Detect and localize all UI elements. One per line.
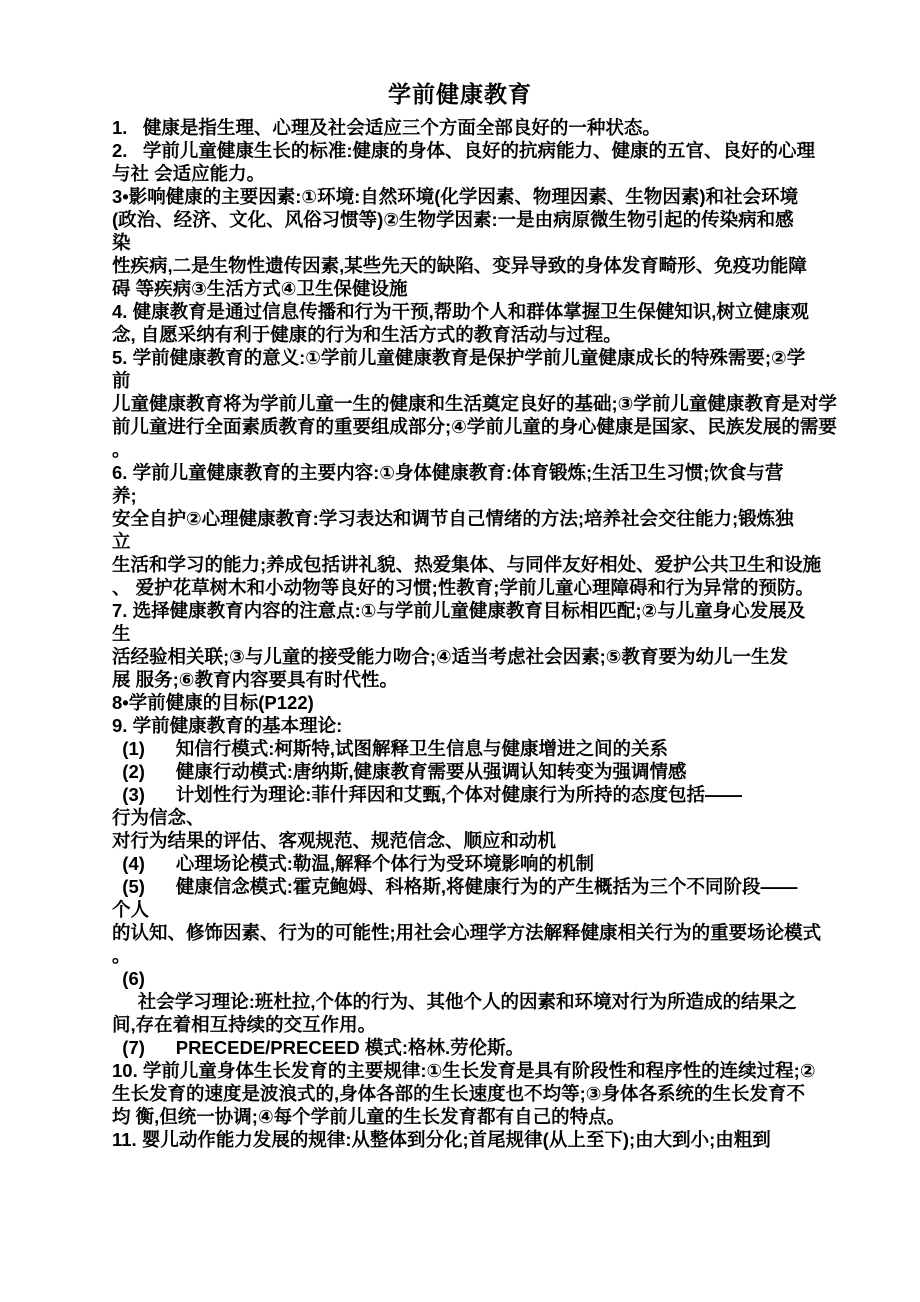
text-line: 个人	[112, 898, 858, 921]
text-line: 儿童健康教育将为学前儿童一生的健康和生活奠定良好的基础;③学前儿童健康教育是对学	[112, 392, 858, 415]
text-line: 均 衡,但统一协调;④每个学前儿童的生长发育都有自己的特点。	[112, 1105, 858, 1128]
text-line: 念, 自愿采纳有利于健康的行为和生活方式的教育活动与过程。	[112, 323, 858, 346]
text-line: (4) 心理场论模式:勒温,解释个体行为受环境影响的机制	[112, 852, 858, 875]
text-line: (3) 计划性行为理论:菲什拜因和艾甄,个体对健康行为所持的态度包括——	[112, 783, 858, 806]
text-line: (1) 知信行模式:柯斯特,试图解释卫生信息与健康增进之间的关系	[112, 737, 858, 760]
text-line: 行为信念、	[112, 806, 858, 829]
text-line: 的认知、修饰因素、行为的可能性;用社会心理学方法解释健康相关行为的重要场论模式	[112, 921, 858, 944]
text-line: 活经验相关联;③与儿童的接受能力吻合;④适当考虑社会因素;⑤教育要为幼儿一生发	[112, 645, 858, 668]
document-body: 1. 健康是指生理、心理及社会适应三个方面全部良好的一种状态。2. 学前儿童健康…	[112, 116, 858, 1151]
text-line: (6)	[112, 967, 858, 990]
text-line: 生活和学习的能力;养成包括讲礼貌、热爱集体、与同伴友好相处、爱护公共卫生和设施	[112, 553, 858, 576]
text-line: 5. 学前健康教育的意义:①学前儿童健康教育是保护学前儿童健康成长的特殊需要;②…	[112, 346, 858, 369]
text-line: 性疾病,二是生物性遗传因素,某些先天的缺陷、变异导致的身体发育畸形、免疫功能障	[112, 254, 858, 277]
text-line: (7) PRECEDE/PRECEED 模式:格林.劳伦斯。	[112, 1036, 858, 1059]
text-line: 、 爱护花草树木和小动物等良好的习惯;性教育;学前儿童心理障碍和行为异常的预防。	[112, 576, 858, 599]
text-line: 碍 等疾病③生活方式④卫生保健设施	[112, 277, 858, 300]
text-line: 前儿童进行全面素质教育的重要组成部分;④学前儿童的身心健康是国家、民族发展的需要	[112, 415, 858, 438]
text-line: 2. 学前儿童健康生长的标准:健康的身体、良好的抗病能力、健康的五官、良好的心理	[112, 139, 858, 162]
text-line: (2) 健康行动模式:唐纳斯,健康教育需要从强调认知转变为强调情感	[112, 760, 858, 783]
page-title: 学前健康教育	[0, 80, 920, 108]
text-line: 立	[112, 530, 858, 553]
text-line: 生	[112, 622, 858, 645]
text-line: 前	[112, 369, 858, 392]
text-line: 养;	[112, 484, 858, 507]
text-line: 1. 健康是指生理、心理及社会适应三个方面全部良好的一种状态。	[112, 116, 858, 139]
text-line: 。	[112, 944, 858, 967]
text-line: 4. 健康教育是通过信息传播和行为干预,帮助个人和群体掌握卫生保健知识,树立健康…	[112, 300, 858, 323]
text-line: 对行为结果的评估、客观规范、规范信念、顺应和动机	[112, 829, 858, 852]
text-line: (政治、经济、文化、风俗习惯等)②生物学因素:一是由病原微生物引起的传染病和感	[112, 208, 858, 231]
text-line: 安全自护②心理健康教育:学习表达和调节自己情绪的方法;培养社会交往能力;锻炼独	[112, 507, 858, 530]
text-line: 与社 会适应能力。	[112, 162, 858, 185]
text-line: 生长发育的速度是波浪式的,身体各部的生长速度也不均等;③身体各系统的生长发育不	[112, 1082, 858, 1105]
text-line: 10. 学前儿童身体生长发育的主要规律:①生长发育是具有阶段性和程序性的连续过程…	[112, 1059, 858, 1082]
text-line: 间,存在着相互持续的交互作用。	[112, 1013, 858, 1036]
text-line: (5) 健康信念模式:霍克鲍姆、科格斯,将健康行为的产生概括为三个不同阶段——	[112, 875, 858, 898]
text-line: 染	[112, 231, 858, 254]
text-line: 展 服务;⑥教育内容要具有时代性。	[112, 668, 858, 691]
text-line: 。	[112, 438, 858, 461]
text-line: 6. 学前儿童健康教育的主要内容:①身体健康教育:体育锻炼;生活卫生习惯;饮食与…	[112, 461, 858, 484]
text-line: 8•学前健康的目标(P122)	[112, 691, 858, 714]
text-line: 3•影响健康的主要因素:①环境:自然环境(化学因素、物理因素、生物因素)和社会环…	[112, 185, 858, 208]
document-page: 学前健康教育 1. 健康是指生理、心理及社会适应三个方面全部良好的一种状态。2.…	[0, 0, 920, 1302]
text-line: 9. 学前健康教育的基本理论:	[112, 714, 858, 737]
text-line: 7. 选择健康教育内容的注意点:①与学前儿童健康教育目标相匹配;②与儿童身心发展…	[112, 599, 858, 622]
text-line: 11. 婴儿动作能力发展的规律:从整体到分化;首尾规律(从上至下);由大到小;由…	[112, 1128, 858, 1151]
text-line: 社会学习理论:班杜拉,个体的行为、其他个人的因素和环境对行为所造成的结果之	[112, 990, 858, 1013]
